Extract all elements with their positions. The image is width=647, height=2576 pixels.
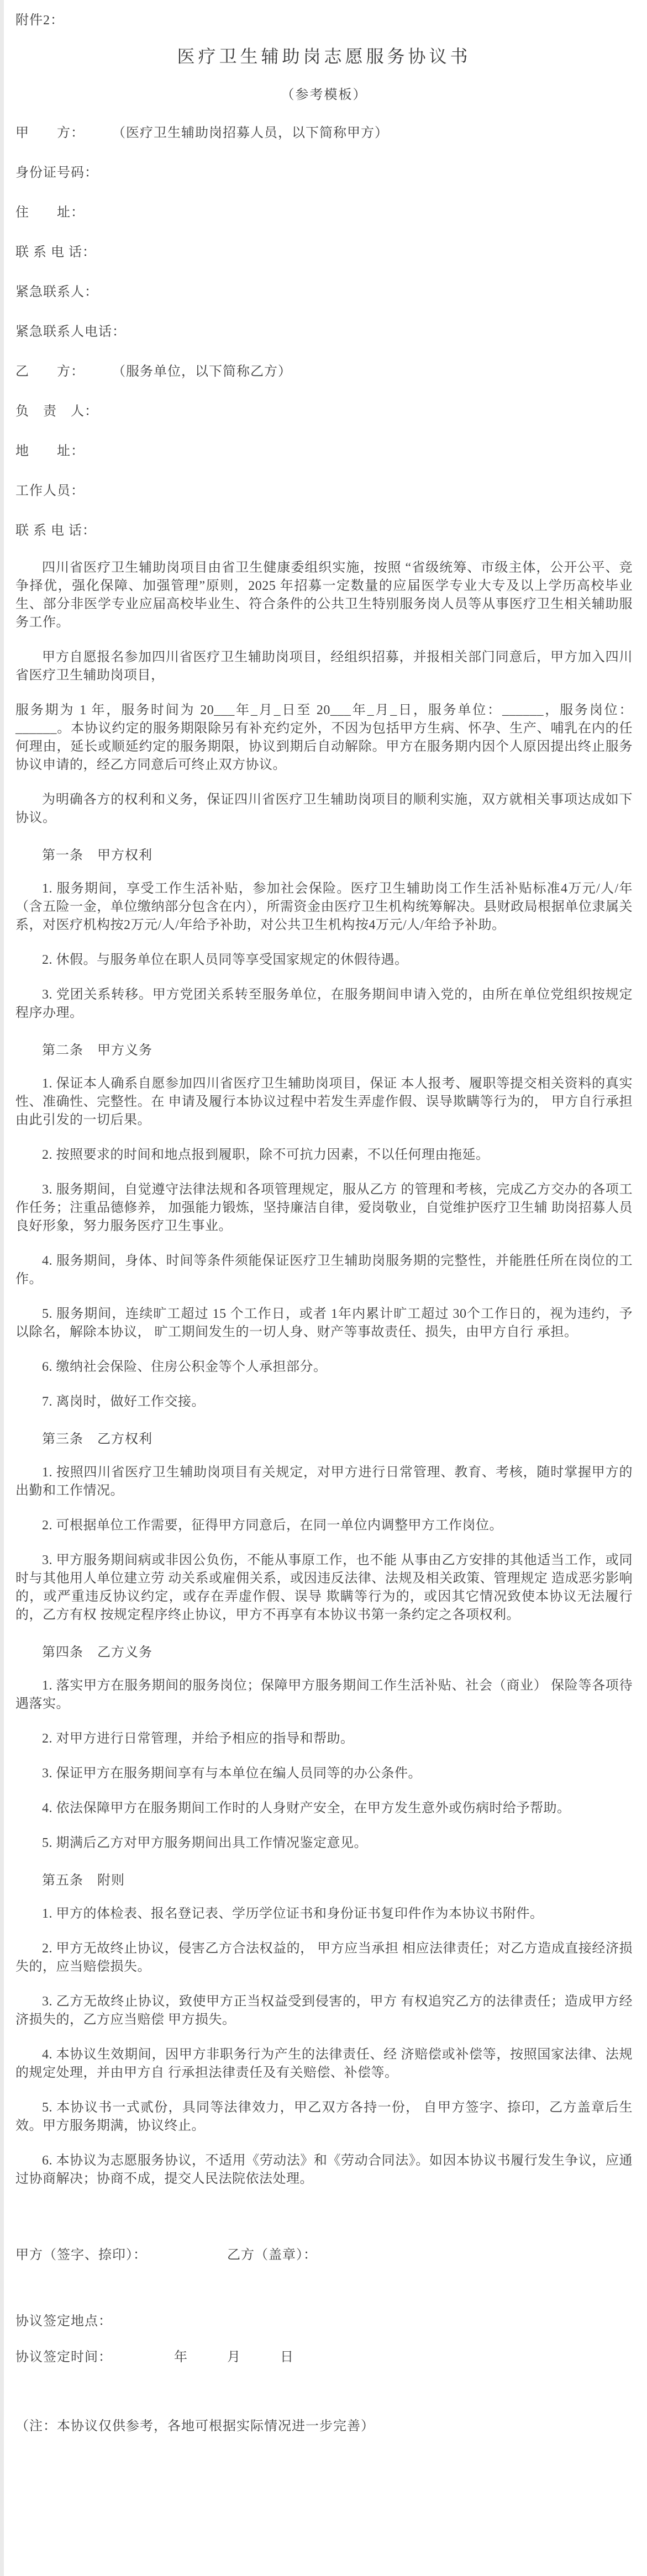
- preamble-paragraph: 为明确各方的权利和义务，保证四川省医疗卫生辅助岗项目的顺利实施，双方就相关事项达…: [15, 791, 633, 827]
- preamble-paragraph-service-term: 服务期为 1 年，服务时间为 20___年_月_日至 20___年_月_日，服务…: [15, 701, 633, 774]
- field-label: 住 址：: [15, 205, 85, 220]
- signature-row: 甲方（签字、捺印）：乙方（盖章）：: [15, 2244, 633, 2263]
- section-heading-3: 第三条 乙方权利: [15, 1428, 633, 1447]
- field-row-staff: 工作人员：: [15, 479, 633, 499]
- preamble-paragraph: 四川省医疗卫生辅助岗项目由省卫生健康委组织实施，按照 “省级统筹、市级主体，公开…: [15, 559, 633, 632]
- field-label: 联 系 电 话：: [15, 524, 96, 538]
- section-item: 1. 保证本人确系自愿参加四川省医疗卫生辅助岗项目，保证 本人报考、履职等提交相…: [15, 1075, 633, 1129]
- agreement-document-page: 附件2： 医疗卫生辅助岗志愿服务协议书 （参考模板） 甲 方：（医疗卫生辅助岗招…: [0, 0, 647, 2576]
- section-item: 1. 落实甲方在服务期间的服务岗位；保障甲方服务期间工作生活补贴、社会（商业） …: [15, 1677, 633, 1713]
- field-row-phone-a: 联 系 电 话：: [15, 241, 633, 260]
- section-item: 5. 服务期间，连续旷工超过 15 个工作日，或者 1年内累计旷工超过 30个工…: [15, 1305, 633, 1342]
- field-row-address-a: 住 址：: [15, 201, 633, 220]
- page-left-edge: [0, 0, 4, 2576]
- field-row-emergency-contact: 紧急联系人：: [15, 281, 633, 300]
- sign-time-blank: 年 月 日: [174, 2350, 298, 2364]
- section-heading-2: 第二条 甲方义务: [15, 1039, 633, 1058]
- section-item: 2. 甲方无故终止协议，侵害乙方合法权益的， 甲方应当承担 相应法律责任；对乙方…: [15, 1940, 633, 1976]
- section-item: 4. 依法保障甲方在服务期间工作时的人身财产安全，在甲方发生意外或伤病时给予帮助…: [15, 1799, 633, 1818]
- section-heading-1: 第一条 甲方权利: [15, 844, 633, 863]
- field-label: 甲 方：: [15, 126, 85, 140]
- section-item: 3. 保证甲方在服务期间享有与本单位在编人员同等的办公条件。: [15, 1765, 633, 1783]
- field-label: 乙 方：: [15, 365, 85, 379]
- section-item: 1. 服务期间，享受工作生活补贴，参加社会保险。医疗卫生辅助岗工作生活补贴标准4…: [15, 880, 633, 935]
- field-row-id-number: 身份证号码：: [15, 161, 633, 181]
- field-label: 紧急联系人：: [15, 285, 98, 299]
- signature-party-a-label: 甲方（签字、捺印）：: [15, 2248, 147, 2262]
- section-item: 3. 甲方服务期间病或非因公负伤，不能从事原工作，也不能 从事由乙方安排的其他适…: [15, 1551, 633, 1624]
- page-title: 医疗卫生辅助岗志愿服务协议书: [15, 43, 633, 68]
- section-item: 3. 乙方无故终止协议，致使甲方正当权益受到侵害的，甲方 有权追究乙方的法律责任…: [15, 1993, 633, 2029]
- section-item: 6. 缴纳社会保险、住房公积金等个人承担部分。: [15, 1358, 633, 1376]
- field-label: 负 责 人：: [15, 404, 98, 419]
- field-label: 身份证号码：: [15, 166, 98, 180]
- reference-footnote: （注：本协议仅供参考，各地可根据实际情况进一步完善）: [15, 2415, 633, 2434]
- section-item: 7. 离岗时，做好工作交接。: [15, 1393, 633, 1411]
- section-item: 2. 可根据单位工作需要，征得甲方同意后，在同一单位内调整甲方工作岗位。: [15, 1517, 633, 1535]
- section-item: 2. 休假。与服务单位在职人员同等享受国家规定的休假待遇。: [15, 951, 633, 969]
- field-row-party-a: 甲 方：（医疗卫生辅助岗招募人员，以下简称甲方）: [15, 122, 633, 141]
- field-label: 紧急联系人电话：: [15, 325, 126, 339]
- field-label: 地 址：: [15, 444, 85, 458]
- section-item: 3. 党团关系转移。甲方党团关系转至服务单位，在服务期间申请入党的，由所在单位党…: [15, 986, 633, 1022]
- attachment-label: 附件2：: [15, 9, 633, 28]
- field-note: （医疗卫生辅助岗招募人员，以下简称甲方）: [119, 126, 388, 140]
- sign-time-label: 协议签定时间：: [15, 2350, 112, 2364]
- field-row-responsible-person: 负 责 人：: [15, 400, 633, 419]
- section-item: 6. 本协议为志愿服务协议，不适用《劳动法》和《劳动合同法》。如因本协议书履行发…: [15, 2152, 633, 2188]
- sign-place-label: 协议签定地点：: [15, 2314, 112, 2329]
- section-item: 1. 甲方的体检表、报名登记表、学历学位证书和身份证书复印件作为本协议书附件。: [15, 1905, 633, 1923]
- section-item: 4. 服务期间，身体、时间等条件须能保证医疗卫生辅助岗服务期的完整性，并能胜任所…: [15, 1252, 633, 1289]
- signature-party-b-label: 乙方（盖章）：: [227, 2248, 317, 2262]
- field-note: （服务单位，以下简称乙方）: [119, 365, 292, 379]
- field-row-party-b: 乙 方：（服务单位，以下简称乙方）: [15, 360, 633, 379]
- section-item: 5. 期满后乙方对甲方服务期间出具工作情况鉴定意见。: [15, 1834, 633, 1852]
- field-label: 工作人员：: [15, 484, 85, 498]
- page-subtitle: （参考模板）: [15, 83, 633, 103]
- section-item: 1. 按照四川省医疗卫生辅助岗项目有关规定，对甲方进行日常管理、教育、考核，随时…: [15, 1464, 633, 1500]
- field-row-emergency-phone: 紧急联系人电话：: [15, 320, 633, 340]
- section-item: 4. 本协议生效期间，因甲方非职务行为产生的法律责任、经 济赔偿或补偿等，按照国…: [15, 2046, 633, 2082]
- section-item: 5. 本协议书一式贰份，具同等法律效力，甲乙双方各持一份， 自甲方签字、捺印，乙…: [15, 2099, 633, 2135]
- field-row-phone-b: 联 系 电 话：: [15, 519, 633, 539]
- section-item: 2. 对甲方进行日常管理，并给予相应的指导和帮助。: [15, 1730, 633, 1748]
- section-heading-4: 第四条 乙方义务: [15, 1641, 633, 1660]
- preamble-paragraph: 甲方自愿报名参加四川省医疗卫生辅助岗项目，经组织招募，并报相关部门同意后，甲方加…: [15, 648, 633, 685]
- party-info-fields: 甲 方：（医疗卫生辅助岗招募人员，以下简称甲方） 身份证号码： 住 址： 联 系…: [15, 122, 633, 539]
- section-item: 3. 服务期间，自觉遵守法律法规和各项管理规定，服从乙方 的管理和考核，完成乙方…: [15, 1181, 633, 1236]
- section-heading-5: 第五条 附则: [15, 1869, 633, 1888]
- agreement-sign-place: 协议签定地点：: [15, 2310, 633, 2329]
- field-label: 联 系 电 话：: [15, 245, 96, 260]
- agreement-sign-time: 协议签定时间：年 月 日: [15, 2346, 633, 2365]
- field-row-address-b: 地 址：: [15, 440, 633, 459]
- section-item: 2. 按照要求的时间和地点报到履职，除不可抗力因素，不以任何理由拖延。: [15, 1146, 633, 1164]
